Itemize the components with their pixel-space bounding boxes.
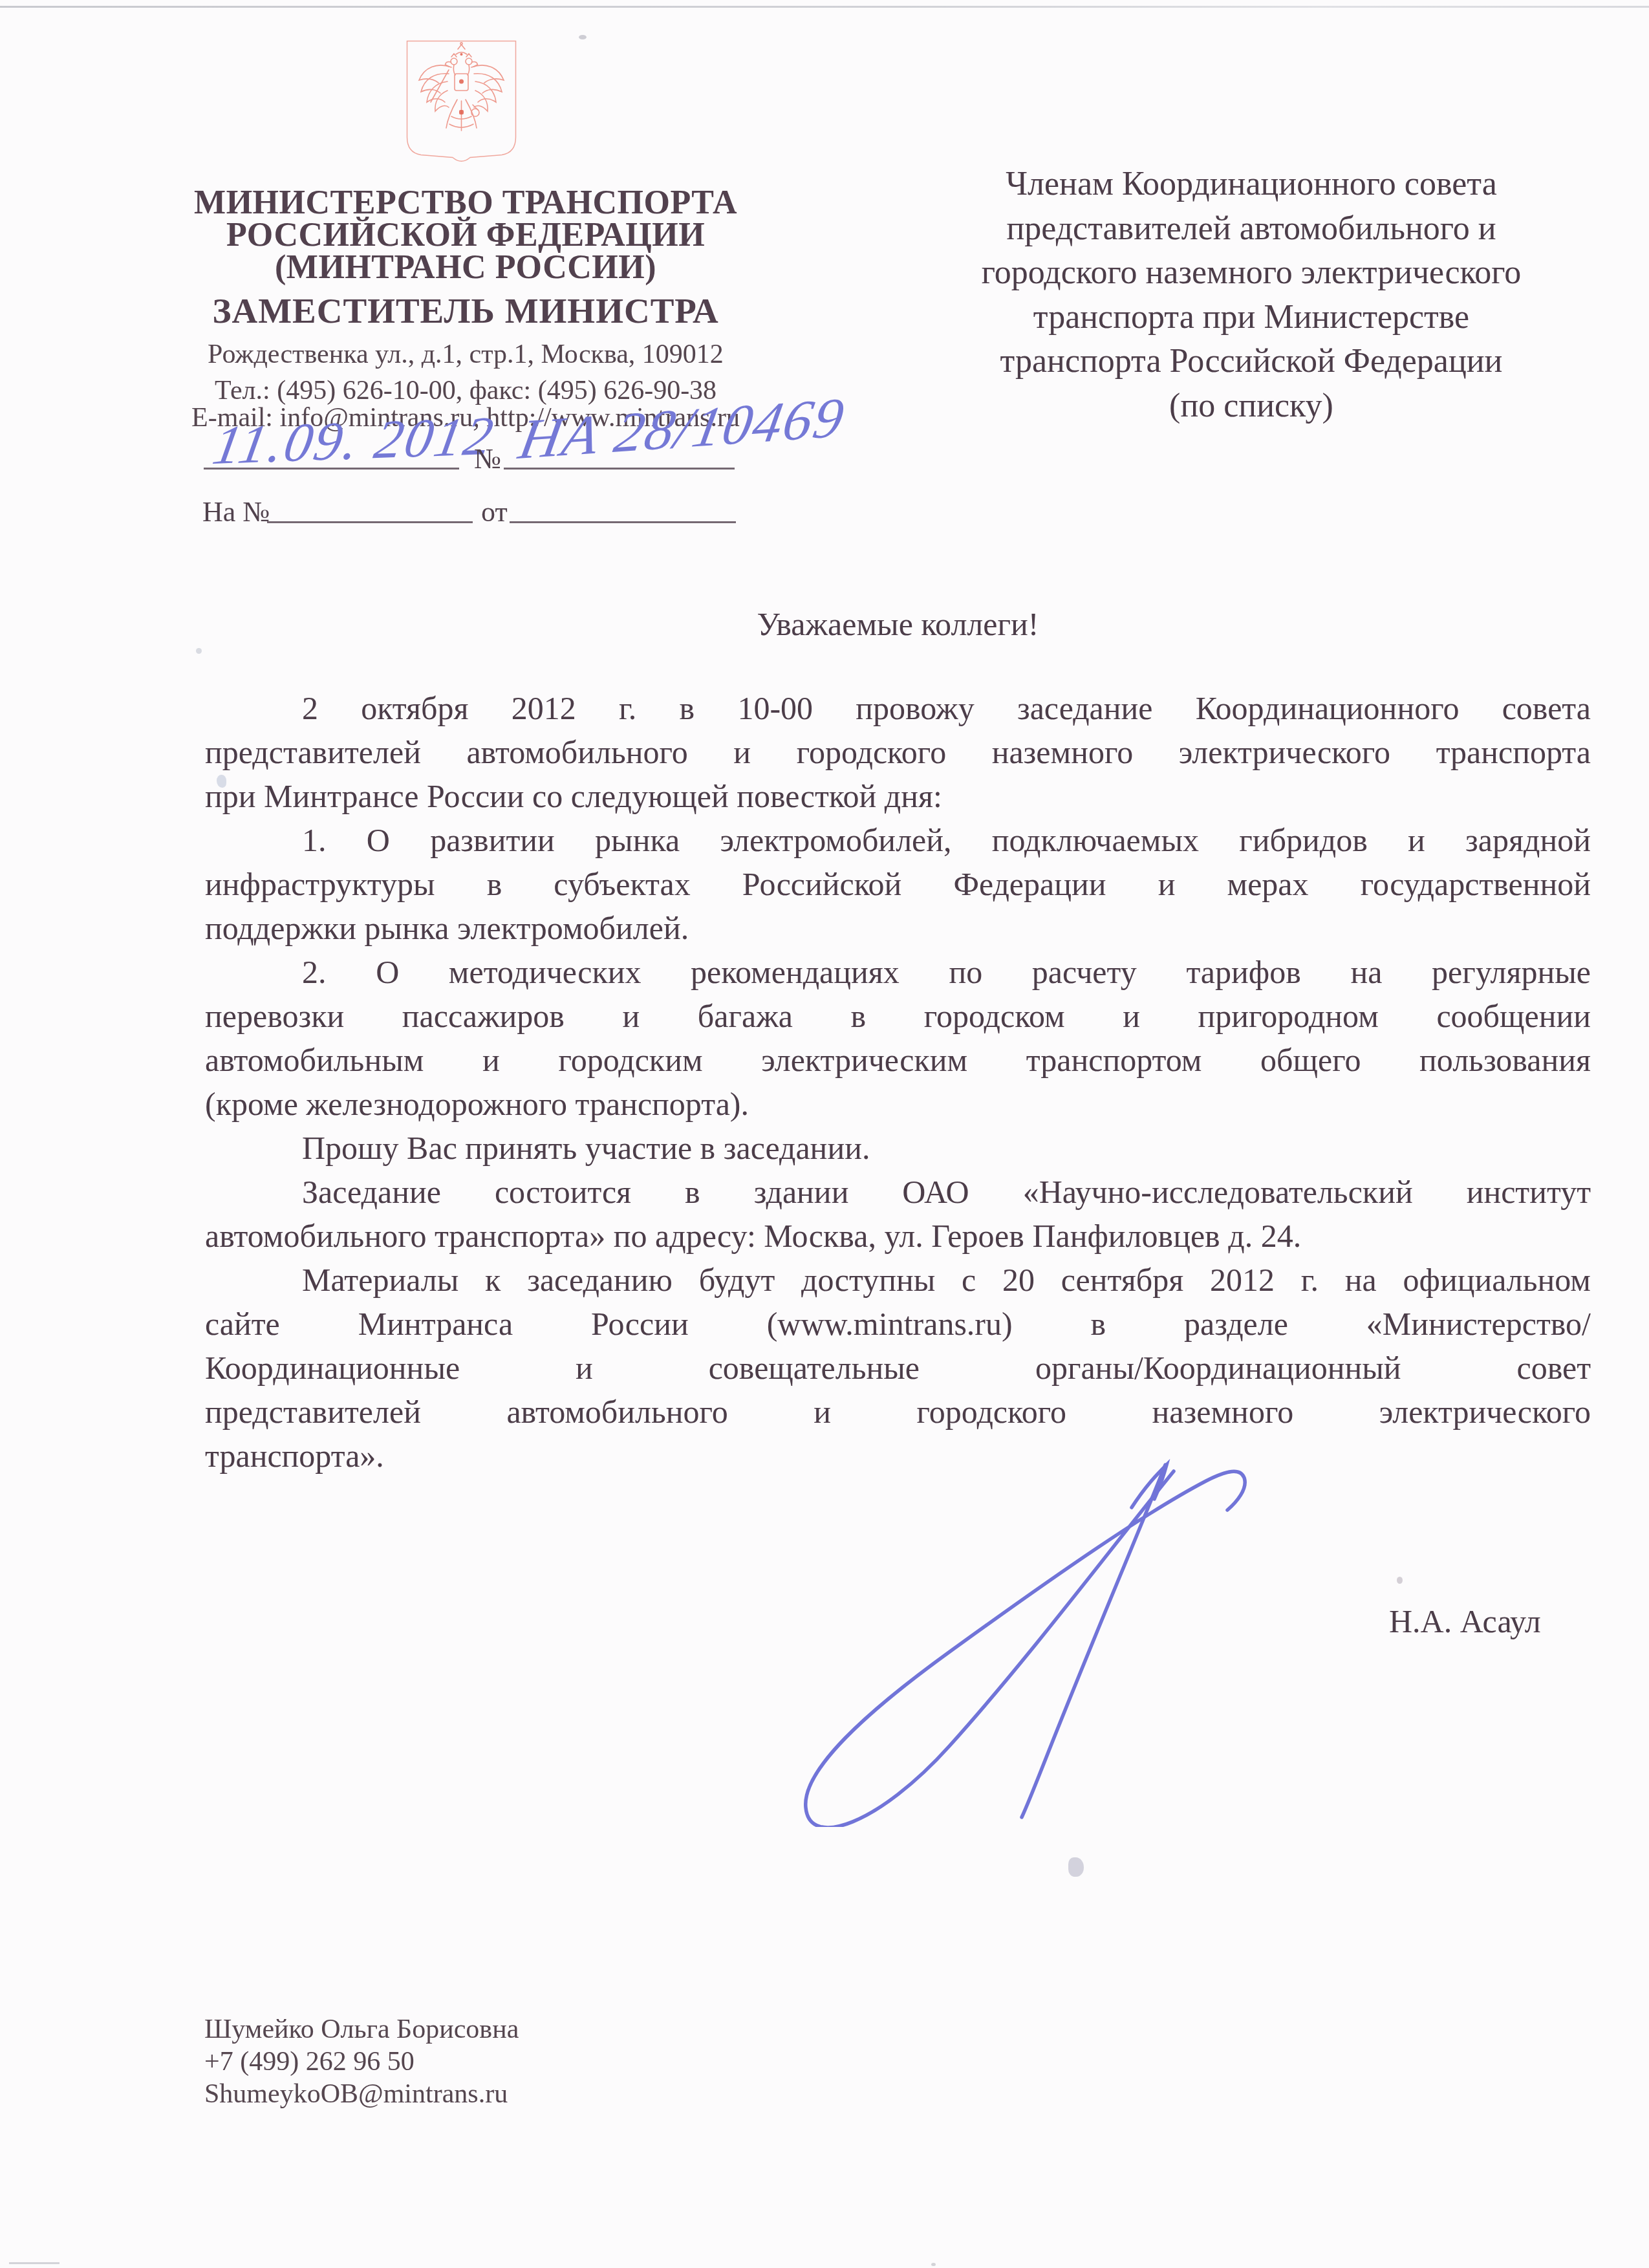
executor-name: Шумейко Ольга Борисовна [204,2013,786,2046]
body-line: при Минтрансе России со следующей повест… [205,774,1591,818]
executor-phone: +7 (499) 262 96 50 [204,2046,786,2078]
body-line: Координационные и совещательные органы/К… [205,1346,1591,1390]
recipient-block: Членам Координационного совета представи… [896,162,1607,428]
recipient-line: (по списку) [896,384,1607,429]
number-sign-label: № [474,442,501,475]
body-line: поддержки рынка электромобилей. [205,906,1591,950]
reply-date-underline [510,521,736,523]
handwritten-date: 11.09. 2012 [208,404,500,477]
body-line: перевозки пассажиров и багажа в городско… [205,994,1591,1038]
body-line: представителей автомобильного и городско… [205,730,1591,774]
body-line: сайте Минтранса России (www.mintrans.ru)… [205,1302,1591,1346]
body-line: 2. О методических рекомендациях по расче… [205,950,1591,994]
russian-coat-of-arms-emblem [406,40,517,165]
body-line: инфраструктуры в субъектах Российской Фе… [205,862,1591,906]
scan-edge-line-top [0,6,1649,8]
recipient-line: транспорта Российской Федерации [896,340,1607,384]
signature-stroke-icon [750,1452,1332,1827]
scan-speck [196,648,202,654]
body-line: (кроме железнодорожного транспорта). [205,1082,1591,1126]
reply-from-label: от [481,495,508,528]
body-line: 2 октября 2012 г. в 10-00 провожу заседа… [205,686,1591,730]
recipient-line: представителей автомобильного и [896,207,1607,252]
date-underline [204,468,459,470]
body-line: 1. О развитии рынка электромобилей, подк… [205,818,1591,862]
scan-edge-line-bottom [9,2262,59,2264]
salutation: Уважаемые коллеги! [205,605,1591,643]
scan-speck [1068,1857,1084,1877]
body-line: Заседание состоится в здании ОАО «Научно… [205,1170,1591,1214]
recipient-line: Членам Координационного совета [896,162,1607,207]
reply-to-number-label: На № [202,495,270,528]
scanned-letter-page: МИНИСТЕРСТВО ТРАНСПОРТА РОССИЙСКОЙ ФЕДЕР… [0,0,1649,2268]
double-headed-eagle-icon [406,40,517,165]
body-line: представителей автомобильного и городско… [205,1390,1591,1434]
scan-speck [931,2263,936,2266]
recipient-line: транспорта при Министерстве [896,296,1607,340]
executor-email: ShumeykoOB@mintrans.ru [204,2078,786,2110]
body-line: автомобильным и городским электрическим … [205,1038,1591,1082]
executor-contact-block: Шумейко Ольга Борисовна +7 (499) 262 96 … [204,2013,786,2110]
signer-name: Н.А. Асаул [1389,1603,1648,1640]
scan-speck [579,35,587,39]
org-name-line2: РОССИЙСКОЙ ФЕДЕРАЦИИ [188,217,744,254]
reply-number-underline [267,521,473,523]
body-line: Прошу Вас принять участие в заседании. [205,1126,1591,1170]
letterhead-address: Рождественка ул., д.1, стр.1, Москва, 10… [188,340,744,369]
org-name-line3: (МИНТРАНС РОССИИ) [188,250,744,286]
handwritten-signature [750,1452,1332,1827]
letter-body: 2 октября 2012 г. в 10-00 провожу заседа… [205,686,1591,1478]
scan-speck [1397,1577,1403,1584]
org-name-line1: МИНИСТЕРСТВО ТРАНСПОРТА [188,185,744,221]
body-line: автомобильного транспорта» по адресу: Мо… [205,1214,1591,1258]
recipient-line: городского наземного электрического [896,251,1607,296]
body-line: Материалы к заседанию будут доступны с 2… [205,1258,1591,1302]
sender-position-title: ЗАМЕСТИТЕЛЬ МИНИСТРА [188,292,744,330]
